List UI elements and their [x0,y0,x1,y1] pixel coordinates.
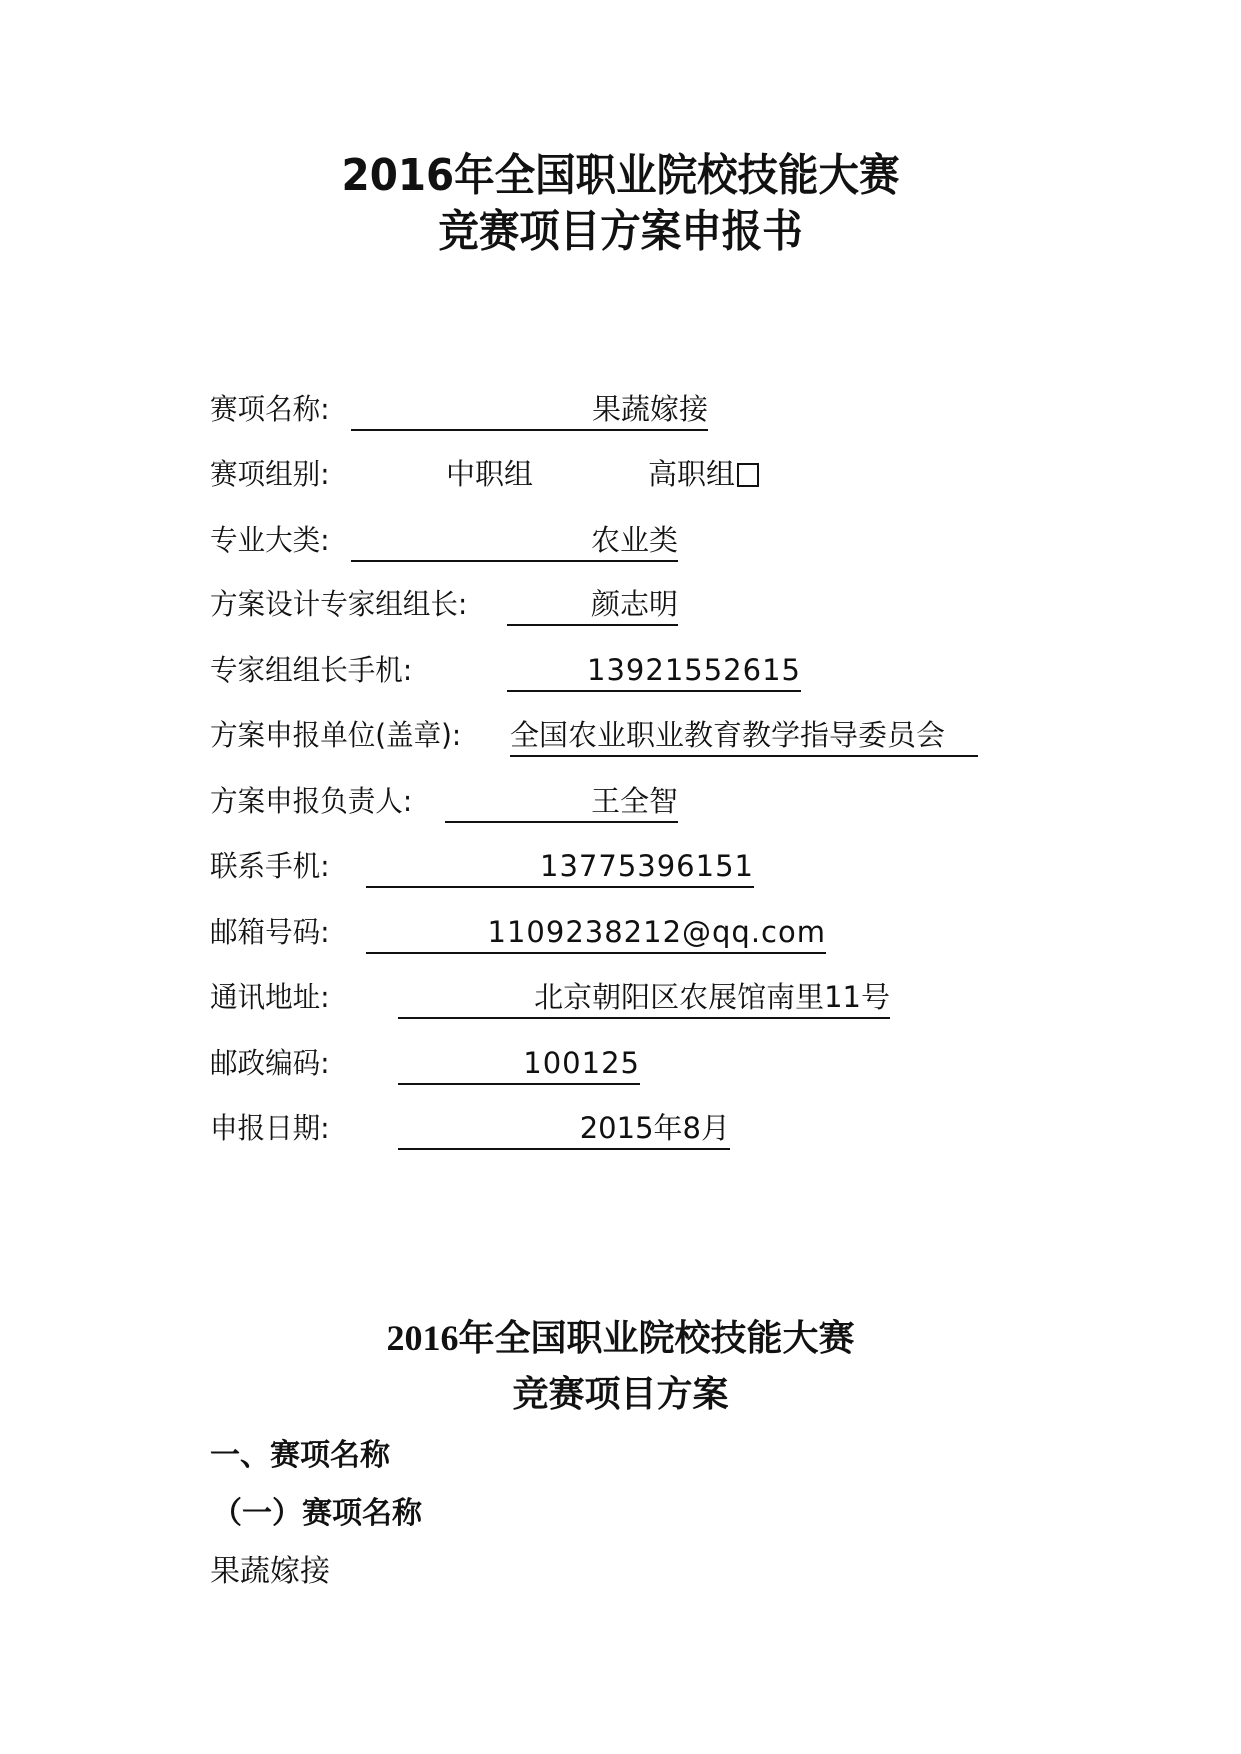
form-row-applicant-unit: 方案申报单位(盖章): 全国农业职业教育教学指导委员会 [0,717,1241,757]
applicant-person-label: 方案申报负责人: [210,783,412,819]
contact-phone-field: 13775396151 [366,848,754,888]
group-option-higher: 高职组 [648,456,759,492]
section1-body: 果蔬嫁接 [210,1552,330,1592]
group-option-secondary-label: 中职组 [446,457,533,491]
expert-leader-field: 颜志明 [507,586,678,626]
address-label: 通讯地址: [210,979,329,1015]
postal-code-label: 邮政编码: [210,1045,329,1081]
major-category-field: 农业类 [351,522,678,562]
form-row-date: 申报日期: 2015年8月 [0,1110,1241,1150]
date-field: 2015年8月 [398,1110,730,1150]
section1-heading: 一、赛项名称 [210,1436,390,1476]
group-option-secondary: 中职组 [446,456,533,492]
form-row-event-name: 赛项名称: 果蔬嫁接 [0,391,1241,431]
contact-phone-label: 联系手机: [210,848,329,884]
form-row-postal-code: 邮政编码: 100125 [0,1045,1241,1085]
postal-code-field: 100125 [398,1045,640,1085]
major-category-label: 专业大类: [210,522,329,558]
form-row-major-category: 专业大类: 农业类 [0,522,1241,562]
event-name-label: 赛项名称: [210,391,329,427]
applicant-unit-field: 全国农业职业教育教学指导委员会 [510,717,978,757]
email-field: 1109238212@qq.com [366,914,826,954]
cover-title-line1: 2016年全国职业院校技能大赛 [50,148,1192,204]
checkbox-empty-icon [737,463,759,487]
event-name-field: 果蔬嫁接 [351,391,708,431]
cover-title-line2: 竞赛项目方案申报书 [50,204,1192,260]
applicant-unit-label: 方案申报单位(盖章): [210,717,461,753]
applicant-person-field: 王全智 [445,783,678,823]
group-option-higher-label: 高职组 [648,457,735,491]
email-label: 邮箱号码: [210,914,329,950]
expert-leader-label: 方案设计专家组组长: [210,586,467,622]
form-row-applicant-person: 方案申报负责人: 王全智 [0,783,1241,823]
form-row-contact-phone: 联系手机: 13775396151 [0,848,1241,888]
form-row-email: 邮箱号码: 1109238212@qq.com [0,914,1241,954]
form-row-address: 通讯地址: 北京朝阳区农展馆南里11号 [0,979,1241,1019]
event-group-label: 赛项组别: [210,456,329,492]
form-row-leader-phone: 专家组组长手机: 13921552615 [0,652,1241,692]
plan-title-line1: 2016年全国职业院校技能大赛 [0,1313,1241,1363]
leader-phone-label: 专家组组长手机: [210,652,412,688]
section1-sub-heading: （一）赛项名称 [212,1494,422,1534]
form-row-event-group: 赛项组别: 中职组 高职组 [0,456,1241,496]
date-label: 申报日期: [210,1110,329,1146]
address-field: 北京朝阳区农展馆南里11号 [398,979,890,1019]
leader-phone-field: 13921552615 [507,652,801,692]
plan-title-line2: 竞赛项目方案 [0,1369,1241,1419]
form-row-expert-leader: 方案设计专家组组长: 颜志明 [0,586,1241,626]
